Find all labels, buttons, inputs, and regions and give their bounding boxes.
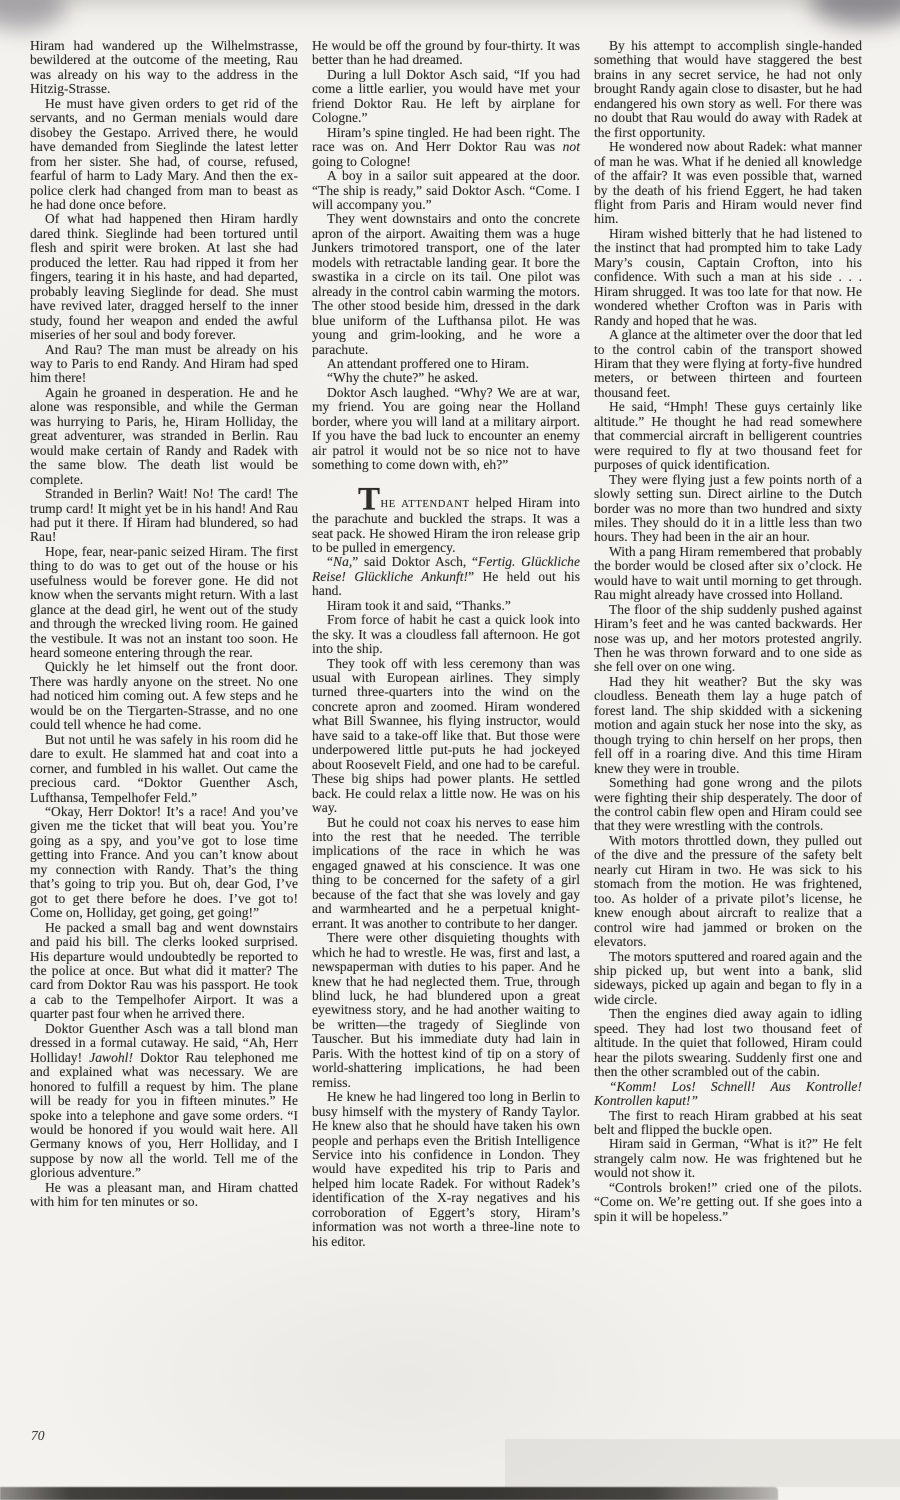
paragraph: The floor of the ship suddenly pushed ag…: [594, 603, 862, 675]
text-run: going to Cologne!: [312, 154, 411, 169]
paragraph: He wondered now about Radek: what manner…: [594, 140, 862, 227]
page-number: 70: [31, 1428, 45, 1444]
paragraph: With motors throttled down, they pulled …: [594, 834, 862, 950]
text-run: But not until he was safely in his room …: [30, 732, 298, 805]
scan-bottom-edge: [0, 1487, 778, 1500]
text-run: Doktor Asch laughed. “Why? We are at war…: [312, 385, 580, 472]
paragraph: The motors sputtered and roared again an…: [594, 950, 862, 1008]
text-run: Had they hit weather? But the sky was cl…: [594, 674, 862, 776]
text-run: The motors sputtered and roared again an…: [594, 949, 862, 1007]
text-run: He packed a small bag and went downstair…: [30, 920, 298, 1022]
text-run: A boy in a sailor suit appeared at the d…: [312, 168, 580, 212]
text-run: Doktor Rau telephoned me and explained w…: [30, 1050, 298, 1181]
paragraph: He would be off the ground by four-thirt…: [312, 39, 580, 68]
text-run: But he could not coax his nerves to ease…: [312, 815, 580, 931]
text-run: They went downstairs and onto the concre…: [312, 211, 580, 356]
text-run: Hiram took it and said, “Thanks.”: [327, 598, 511, 613]
paragraph: A glance at the altimeter over the door …: [594, 328, 862, 400]
paragraph: Doktor Asch laughed. “Why? We are at war…: [312, 386, 580, 473]
text-run: An attendant proffered one to Hiram.: [327, 356, 529, 371]
scan-corner-smudge-top-left: [0, 0, 66, 30]
text-run: They were flying just a few points north…: [594, 472, 862, 545]
text-run: “Okay, Herr Doktor! It’s a race! And you…: [30, 804, 298, 920]
paragraph: With a pang Hiram remembered that probab…: [594, 545, 862, 603]
text-run: Hiram said in German, “What is it?” He f…: [594, 1136, 862, 1180]
text-run: Hiram’s spine tingled. He had been right…: [312, 125, 580, 154]
text-run: Again he groaned in desperation. He and …: [30, 385, 298, 487]
paragraph: They took off with less ceremony than wa…: [312, 657, 580, 816]
paragraph: Hiram had wandered up the Wilhelmstrasse…: [30, 39, 298, 97]
text-run: The first to reach Hiram grabbed at his …: [594, 1108, 862, 1137]
text-run: He would be off the ground by four-thirt…: [312, 38, 580, 67]
paragraph: Doktor Guenther Asch was a tall blond ma…: [30, 1022, 298, 1181]
small-caps-lead: HE ATTENDANT: [381, 499, 470, 510]
text-run: And Rau? The man must be already on his …: [30, 342, 298, 386]
text-run: He was a pleasant man, and Hiram chatted…: [30, 1180, 298, 1209]
text-run: Hiram had wandered up the Wilhelmstrasse…: [30, 38, 298, 96]
text-run: Of what had happened then Hiram hardly d…: [30, 211, 298, 342]
text-run: A glance at the altimeter over the door …: [594, 327, 862, 400]
paragraph: Had they hit weather? But the sky was cl…: [594, 675, 862, 776]
paragraph: “Controls broken!” cried one of the pilo…: [594, 1181, 862, 1224]
text-run: With a pang Hiram remembered that probab…: [594, 544, 862, 602]
paragraph: They went downstairs and onto the concre…: [312, 212, 580, 357]
text-run: ” said Doktor Asch, “: [352, 554, 478, 569]
text-run: “Controls broken!” cried one of the pilo…: [594, 1180, 862, 1224]
paragraph: He must have given orders to get rid of …: [30, 97, 298, 213]
paragraph: By his attempt to accomplish single-hand…: [594, 39, 862, 140]
paragraph: “Okay, Herr Doktor! It’s a race! And you…: [30, 805, 298, 921]
column-left: Hiram had wandered up the Wilhelmstrasse…: [30, 39, 298, 1249]
italic-run: Jawohl!: [89, 1050, 133, 1065]
paragraph: They were flying just a few points north…: [594, 473, 862, 545]
scan-bottom-shade: [505, 1439, 900, 1487]
text-run: He said, “Hmph! These guys certainly lik…: [594, 399, 862, 472]
paragraph: During a lull Doktor Asch said, “If you …: [312, 68, 580, 126]
paragraph: He said, “Hmph! These guys certainly lik…: [594, 400, 862, 472]
paragraph: “Na,” said Doktor Asch, “Fertig. Glückli…: [312, 555, 580, 598]
paragraph: He packed a small bag and went downstair…: [30, 921, 298, 1022]
italic-run: not: [563, 139, 580, 154]
paragraph: Hiram said in German, “What is it?” He f…: [594, 1137, 862, 1180]
paragraph: “Komm! Los! Schnell! Aus Kontrolle! Kont…: [594, 1080, 862, 1109]
paragraph: A boy in a sailor suit appeared at the d…: [312, 169, 580, 212]
paragraph: But not until he was safely in his room …: [30, 733, 298, 805]
text-run: Hope, fear, near-panic seized Hiram. The…: [30, 544, 298, 660]
text-run: During a lull Doktor Asch said, “If you …: [312, 67, 580, 125]
paragraph: Hiram’s spine tingled. He had been right…: [312, 126, 580, 169]
paragraph: An attendant proffered one to Hiram.: [312, 357, 580, 371]
dropcap-paragraph: THE ATTENDANT helped Hiram into the para…: [312, 496, 580, 556]
text-run: From force of habit he cast a quick look…: [312, 612, 580, 656]
paragraph: The first to reach Hiram grabbed at his …: [594, 1109, 862, 1138]
paragraph: Hope, fear, near-panic seized Hiram. The…: [30, 545, 298, 661]
paragraph: Hiram wished bitterly that he had listen…: [594, 227, 862, 328]
text-columns: Hiram had wandered up the Wilhelmstrasse…: [30, 39, 862, 1249]
text-run: With motors throttled down, they pulled …: [594, 833, 862, 949]
text-run: Something had gone wrong and the pilots …: [594, 775, 862, 833]
paragraph: Stranded in Berlin? Wait! No! The card! …: [30, 487, 298, 545]
scanned-book-page: Hiram had wandered up the Wilhelmstrasse…: [0, 0, 900, 1500]
paragraph: And Rau? The man must be already on his …: [30, 343, 298, 386]
paragraph: Something had gone wrong and the pilots …: [594, 776, 862, 834]
paragraph: Hiram took it and said, “Thanks.”: [312, 599, 580, 613]
paragraph: “Why the chute?” he asked.: [312, 371, 580, 385]
paragraph: He knew he had lingered too long in Berl…: [312, 1090, 580, 1249]
paragraph: But he could not coax his nerves to ease…: [312, 816, 580, 932]
text-run: Hiram wished bitterly that he had listen…: [594, 226, 862, 328]
paragraph: Of what had happened then Hiram hardly d…: [30, 212, 298, 342]
italic-run: “Komm! Los! Schnell! Aus Kontrolle! Kont…: [594, 1079, 862, 1108]
text-run: Quickly he let himself out the front doo…: [30, 659, 298, 732]
paragraph: From force of habit he cast a quick look…: [312, 613, 580, 656]
paragraph: Then the engines died away again to idli…: [594, 1007, 862, 1079]
text-run: He knew he had lingered too long in Berl…: [312, 1089, 580, 1249]
text-run: He must have given orders to get rid of …: [30, 96, 298, 212]
text-run: There were other disquieting thoughts wi…: [312, 930, 580, 1090]
text-run: Then the engines died away again to idli…: [594, 1006, 862, 1079]
paragraph: He was a pleasant man, and Hiram chatted…: [30, 1181, 298, 1210]
text-run: They took off with less ceremony than wa…: [312, 656, 580, 816]
text-run: Stranded in Berlin? Wait! No! The card! …: [30, 486, 298, 544]
italic-run: Na,: [333, 554, 352, 569]
text-run: He wondered now about Radek: what manner…: [594, 139, 862, 226]
paragraph: Quickly he let himself out the front doo…: [30, 660, 298, 732]
paragraph: Again he groaned in desperation. He and …: [30, 386, 298, 487]
scan-corner-smudge-top-right: [810, 0, 900, 26]
text-run: “Why the chute?” he asked.: [327, 370, 478, 385]
text-run: By his attempt to accomplish single-hand…: [594, 38, 862, 140]
paragraph: There were other disquieting thoughts wi…: [312, 931, 580, 1090]
column-right: By his attempt to accomplish single-hand…: [594, 39, 862, 1249]
column-middle: He would be off the ground by four-thirt…: [312, 39, 580, 1249]
text-run: The floor of the ship suddenly pushed ag…: [594, 602, 862, 675]
